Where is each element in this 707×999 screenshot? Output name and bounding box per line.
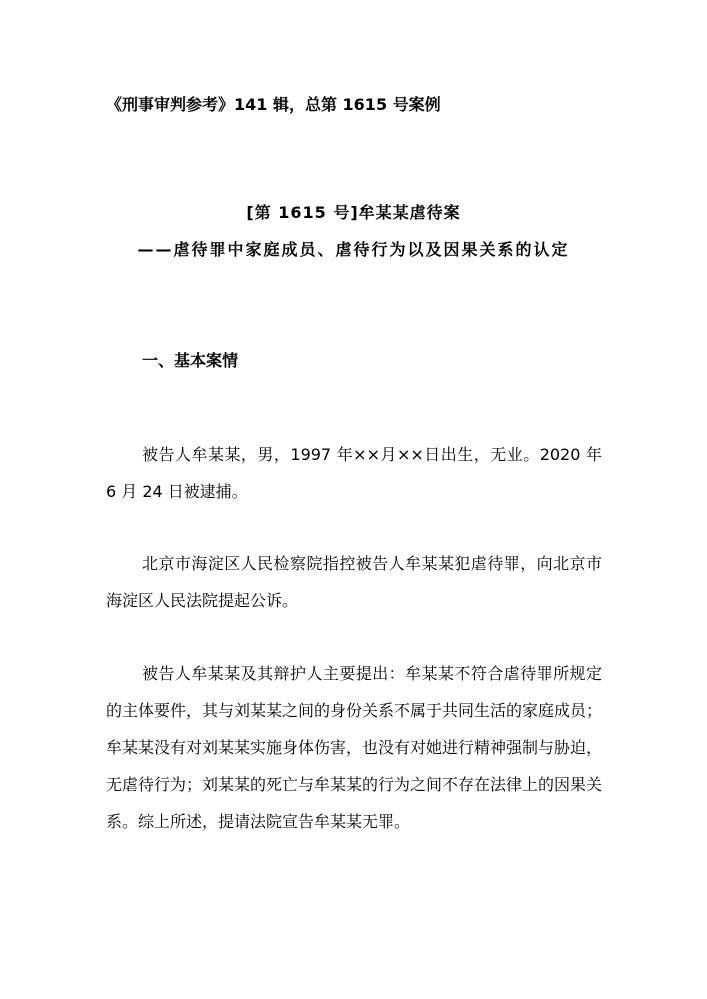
case-subtitle: ——虐待罪中家庭成员、虐待行为以及因果关系的认定 — [0, 237, 707, 263]
case-title: [第 1615 号]牟某某虐待案 — [0, 200, 707, 226]
paragraph-defendant-info: 被告人牟某某，男，1997 年××月××日出生，无业。2020 年 6 月 24… — [106, 436, 602, 510]
paragraph-prosecution: 北京市海淀区人民检察院指控被告人牟某某犯虐待罪，向北京市海淀区人民法院提起公诉。 — [106, 545, 602, 619]
section-heading-basic-facts: 一、基本案情 — [142, 348, 238, 374]
source-citation: 《刑事审判参考》141 辑，总第 1615 号案例 — [106, 92, 441, 118]
paragraph-defense-argument: 被告人牟某某及其辩护人主要提出：牟某某不符合虐待罪所规定的主体要件，其与刘某某之… — [106, 655, 602, 840]
document-page: 《刑事审判参考》141 辑，总第 1615 号案例 [第 1615 号]牟某某虐… — [0, 0, 707, 999]
